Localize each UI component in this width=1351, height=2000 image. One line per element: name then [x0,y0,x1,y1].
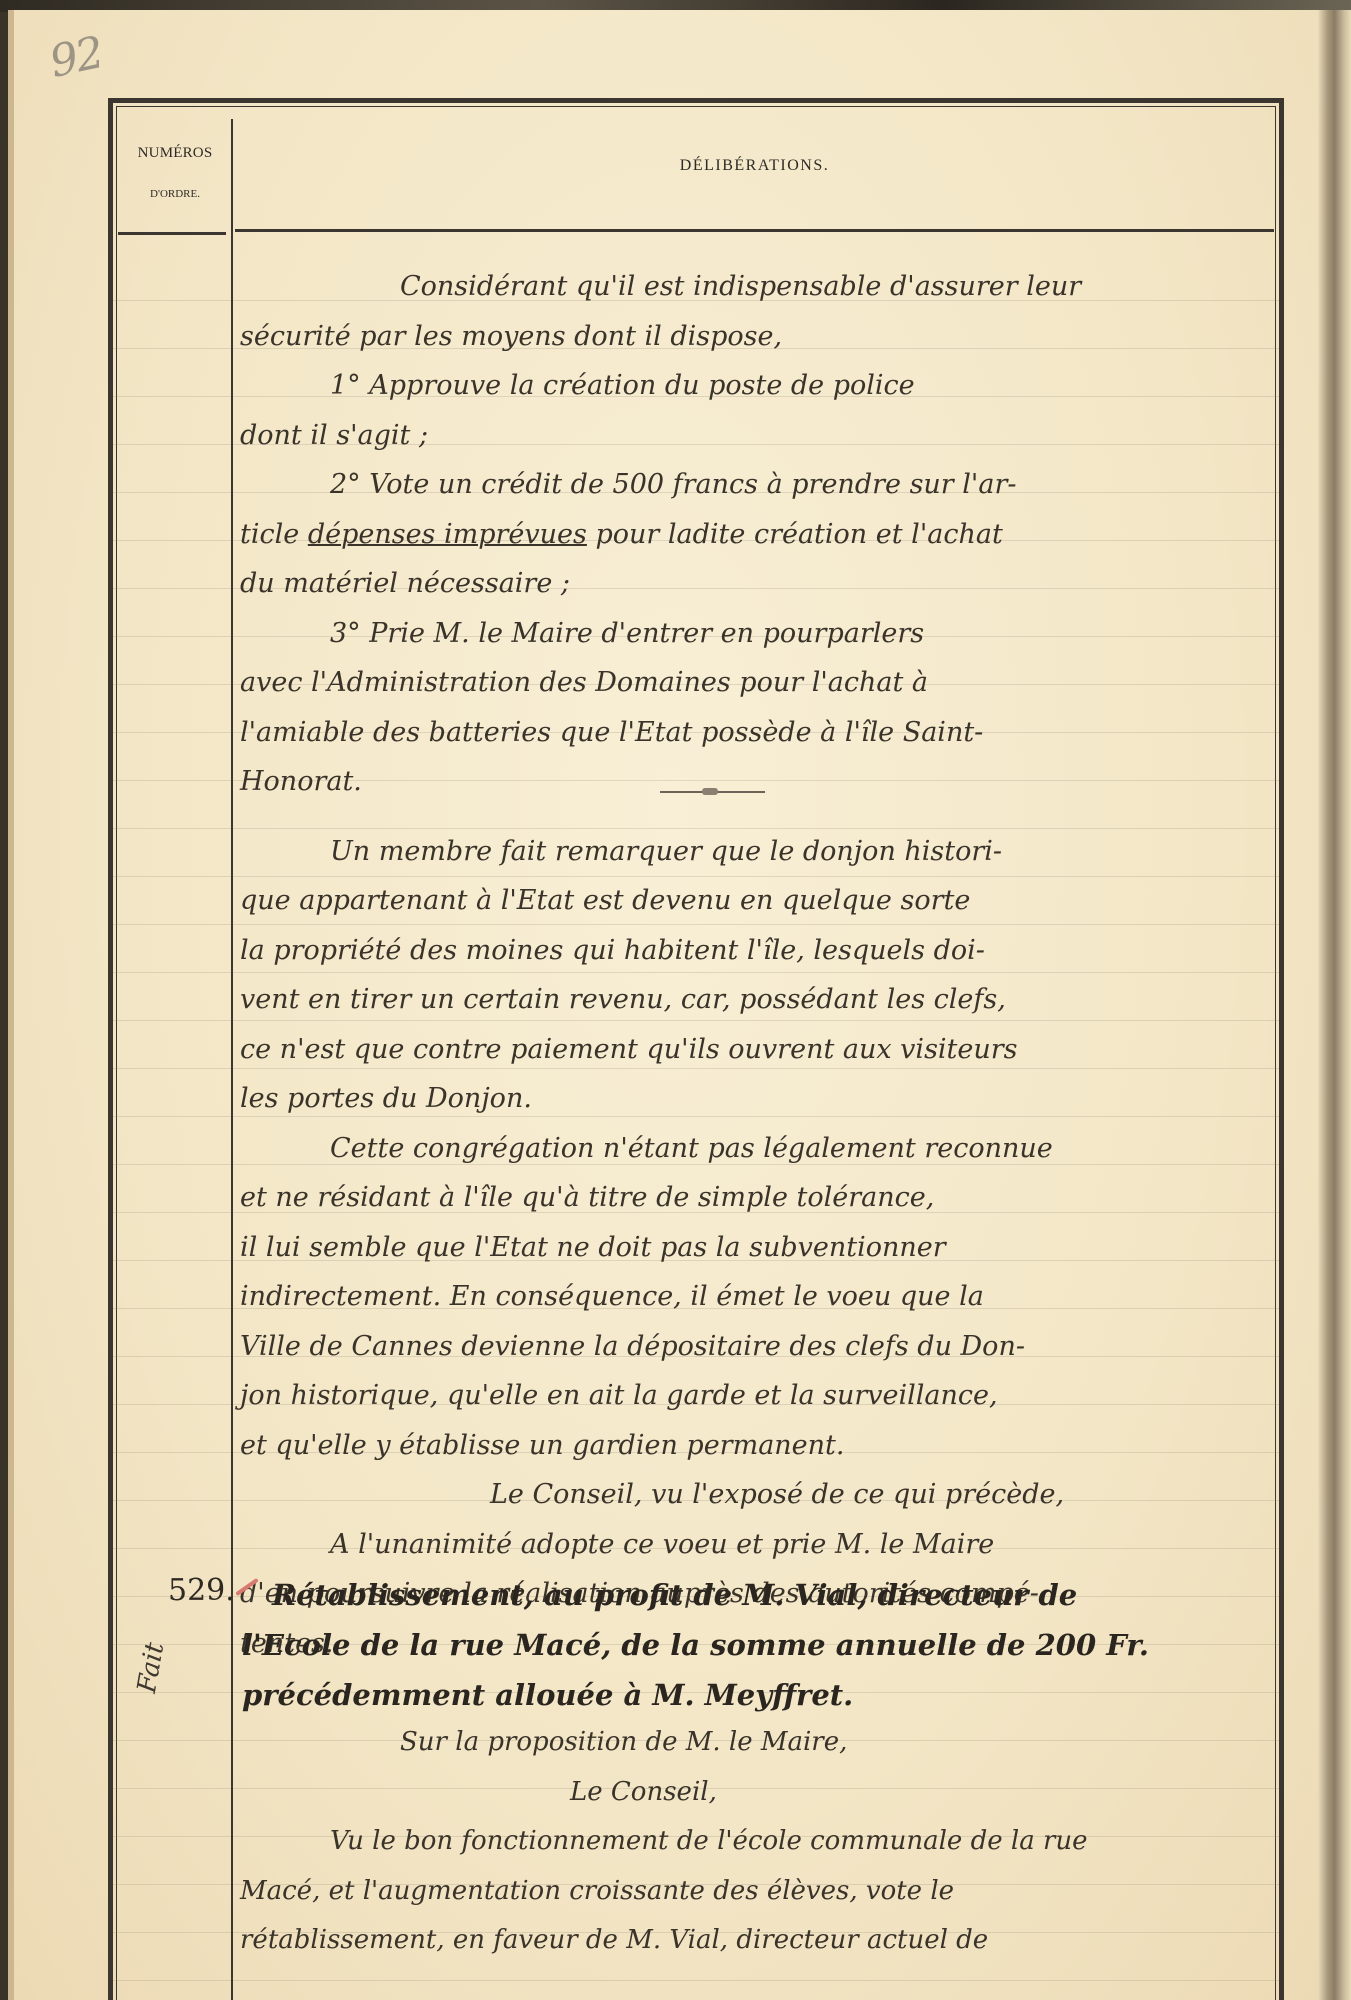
text-line: rétablissement, en faveur de M. Vial, di… [240,1916,1280,1966]
text-line: Ville de Cannes devienne la dépositaire … [240,1322,1280,1372]
text-line: Cette congrégation n'étant pas légalemen… [240,1124,1280,1174]
text-line: Le Conseil, [240,1768,1280,1818]
text-line: que appartenant à l'Etat est devenu en q… [240,876,1280,926]
text-line: Sur la proposition de M. le Maire, [240,1718,1280,1768]
text-line: dont il s'agit ; [240,411,1280,461]
text-line: et ne résidant à l'île qu'à titre de sim… [240,1173,1280,1223]
entry-title: Rétablissement, au profit de M. Vial, di… [272,1570,1282,1720]
text-line: A l'unanimité adopte ce voeu et prie M. … [240,1520,1280,1570]
text-line: Un membre fait remarquer que le donjon h… [240,827,1280,877]
book-binding [1318,10,1351,2000]
folio-number: 92 [45,27,106,88]
text-line: les portes du Donjon. [240,1074,1280,1124]
text-line: et qu'elle y établisse un gardien perman… [240,1421,1280,1471]
text-line: du matériel nécessaire ; [240,559,1280,609]
deliberation-text: Considérant qu'il est indispensable d'as… [240,262,1280,1668]
text-line: Honorat. [240,757,1280,807]
text-line: 3° Prie M. le Maire d'entrer en pourparl… [240,609,1280,659]
text-line: avec l'Administration des Domaines pour … [240,658,1280,708]
column-header-deliberations: DÉLIBÉRATIONS. [235,157,1274,175]
text-line: vent en tirer un certain revenu, car, po… [240,975,1280,1025]
entry-number: 529. [168,1573,235,1608]
text-line: 2° Vote un crédit de 500 francs à prendr… [240,460,1280,510]
header-rule-right [235,229,1274,232]
entry-title-line: précédemment allouée à M. Meyffret. [242,1670,1282,1720]
text-line: sécurité par les moyens dont il dispose, [240,312,1280,362]
text-line: la propriété des moines qui habitent l'î… [240,926,1280,976]
text-line: il lui semble que l'Etat ne doit pas la … [240,1223,1280,1273]
entry-title-line: l'Ecole de la rue Macé, de la somme annu… [242,1620,1282,1670]
text-line: indirectement. En conséquence, il émet l… [240,1272,1280,1322]
header-rule-left [118,232,226,235]
text-line: ce n'est que contre paiement qu'ils ouvr… [240,1025,1280,1075]
column-header-numeros: NUMÉROS [125,145,225,162]
text-line: 1° Approuve la création du poste de poli… [240,361,1280,411]
text-line: Macé, et l'augmentation croissante des é… [240,1867,1280,1917]
text-line: Le Conseil, vu l'exposé de ce qui précèd… [240,1470,1280,1520]
underlined-phrase: dépenses imprévues [308,519,587,550]
column-divider [231,119,233,2000]
text-line: jon historique, qu'elle en ait la garde … [240,1371,1280,1421]
text-line: ticle dépenses imprévues pour ladite cré… [240,510,1280,560]
text-line: l'amiable des batteries que l'Etat possè… [240,708,1280,758]
text-line: Vu le bon fonctionnement de l'école comm… [240,1817,1280,1867]
text-line: Considérant qu'il est indispensable d'as… [240,262,1280,312]
entry-title-line: Rétablissement, au profit de M. Vial, di… [272,1570,1282,1620]
entry-body: Sur la proposition de M. le Maire, Le Co… [240,1718,1280,1966]
section-separator [240,807,1280,827]
column-header-ordre: D'ORDRE. [125,188,225,200]
